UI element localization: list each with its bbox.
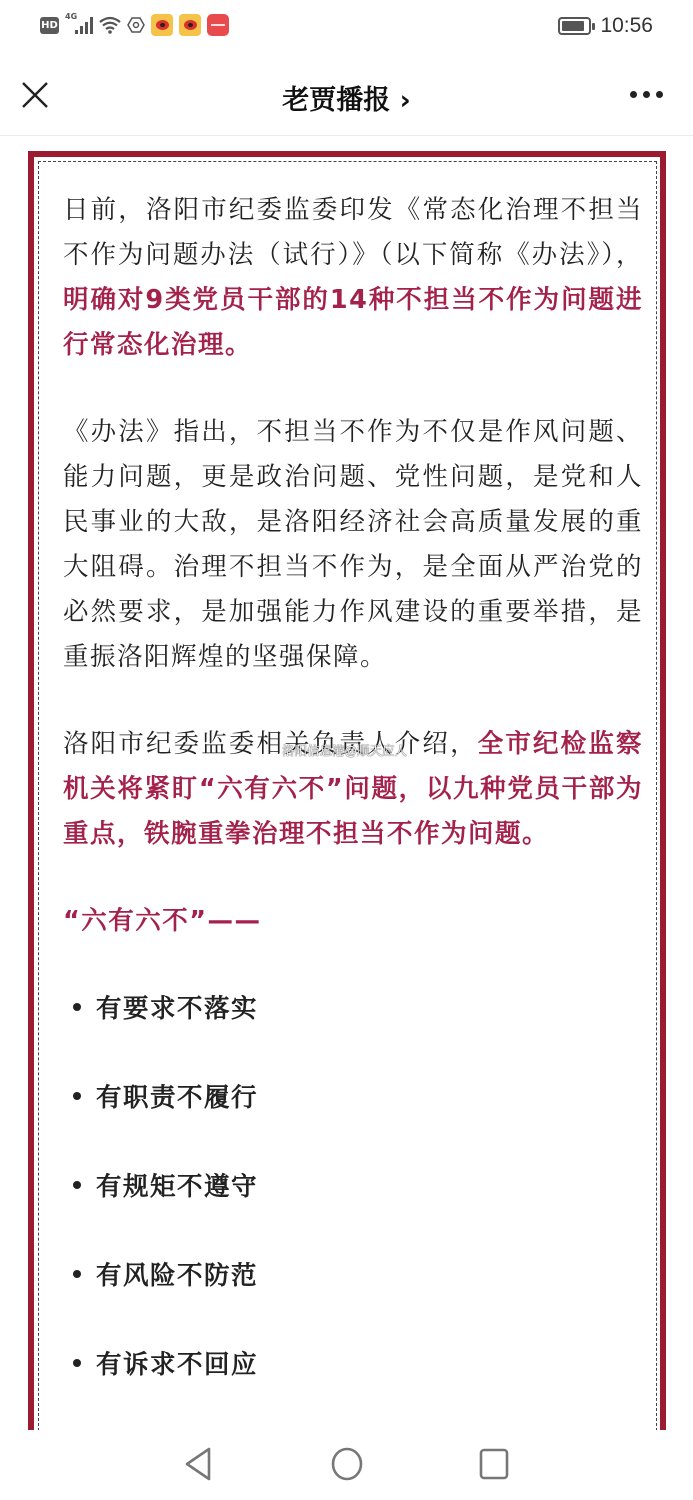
system-navigation-bar	[0, 1430, 693, 1500]
wifi-icon	[99, 16, 121, 34]
list-item: 有规矩不遵守	[63, 1162, 643, 1207]
list-item: 有职责不履行	[63, 1073, 643, 1118]
list-item-text: 有规矩不遵守	[96, 1167, 258, 1203]
bullet-icon	[73, 1092, 81, 1100]
bullet-icon	[73, 1003, 81, 1011]
article-content: 日前，洛阳市纪委监委印发《常态化治理不担当不作为问题办法（试行）》（以下简称《办…	[63, 188, 643, 1429]
paragraph-text: 《办法》指出，不担当不作为不仅是作风问题、能力问题，更是政治问题、党性问题，是党…	[63, 417, 643, 672]
bullet-icon	[73, 1359, 81, 1367]
bullet-list: 有要求不落实 有职责不履行 有规矩不遵守 有风险不防范 有诉求不回应	[63, 984, 643, 1385]
watermark: 洛阳信息港@顺天应人	[282, 741, 407, 759]
hd-icon: HD	[40, 17, 59, 34]
list-item-text: 有要求不落实	[96, 989, 258, 1025]
paragraph-guideline: 《办法》指出，不担当不作为不仅是作风问题、能力问题，更是政治问题、党性问题，是党…	[63, 410, 643, 680]
recents-icon[interactable]	[478, 1446, 510, 1482]
bullet-icon	[73, 1270, 81, 1278]
top-nav-bar: 老贾播报 ›	[0, 54, 693, 136]
signal-icon: 4G	[65, 16, 93, 34]
home-icon[interactable]	[330, 1446, 364, 1482]
network-type-label: 4G	[65, 12, 77, 21]
back-icon[interactable]	[183, 1446, 213, 1482]
more-icon[interactable]	[630, 91, 663, 98]
list-item-text: 有风险不防范	[96, 1256, 258, 1292]
list-item-text: 有职责不履行	[96, 1078, 258, 1114]
article-frame: 日前，洛阳市纪委监委印发《常态化治理不担当不作为问题办法（试行）》（以下简称《办…	[28, 151, 666, 1441]
highlight-text: 明确对9类党员干部的14种不担当不作为问题进行常态化治理。	[63, 285, 643, 360]
section-title: “六有六不”——	[63, 899, 643, 944]
list-item: 有风险不防范	[63, 1251, 643, 1296]
hexagon-icon	[127, 16, 145, 34]
weibo-icon	[179, 14, 201, 36]
list-item: 有诉求不回应	[63, 1340, 643, 1385]
huawei-app-icon	[207, 14, 229, 36]
weibo-icon	[151, 14, 173, 36]
dashed-inner-border: 日前，洛阳市纪委监委印发《常态化治理不担当不作为问题办法（试行）》（以下简称《办…	[38, 161, 657, 1441]
clock: 10:56	[600, 14, 653, 38]
bullet-icon	[73, 1181, 81, 1189]
list-item-text: 有诉求不回应	[96, 1345, 258, 1381]
status-bar: HD 4G 10:56	[0, 0, 693, 54]
battery-icon	[558, 17, 591, 35]
paragraph-text: 日前，洛阳市纪委监委印发《常态化治理不担当不作为问题办法（试行）》（以下简称《办…	[63, 195, 643, 270]
status-icons-left: HD 4G	[40, 14, 229, 36]
account-title-link[interactable]: 老贾播报 ›	[0, 78, 693, 117]
list-item: 有要求不落实	[63, 984, 643, 1029]
paragraph-text: 洛阳市纪委监委相关负责人介绍，	[63, 729, 478, 759]
paragraph-intro: 日前，洛阳市纪委监委印发《常态化治理不担当不作为问题办法（试行）》（以下简称《办…	[63, 188, 643, 368]
status-icons-right: 10:56	[558, 14, 653, 38]
